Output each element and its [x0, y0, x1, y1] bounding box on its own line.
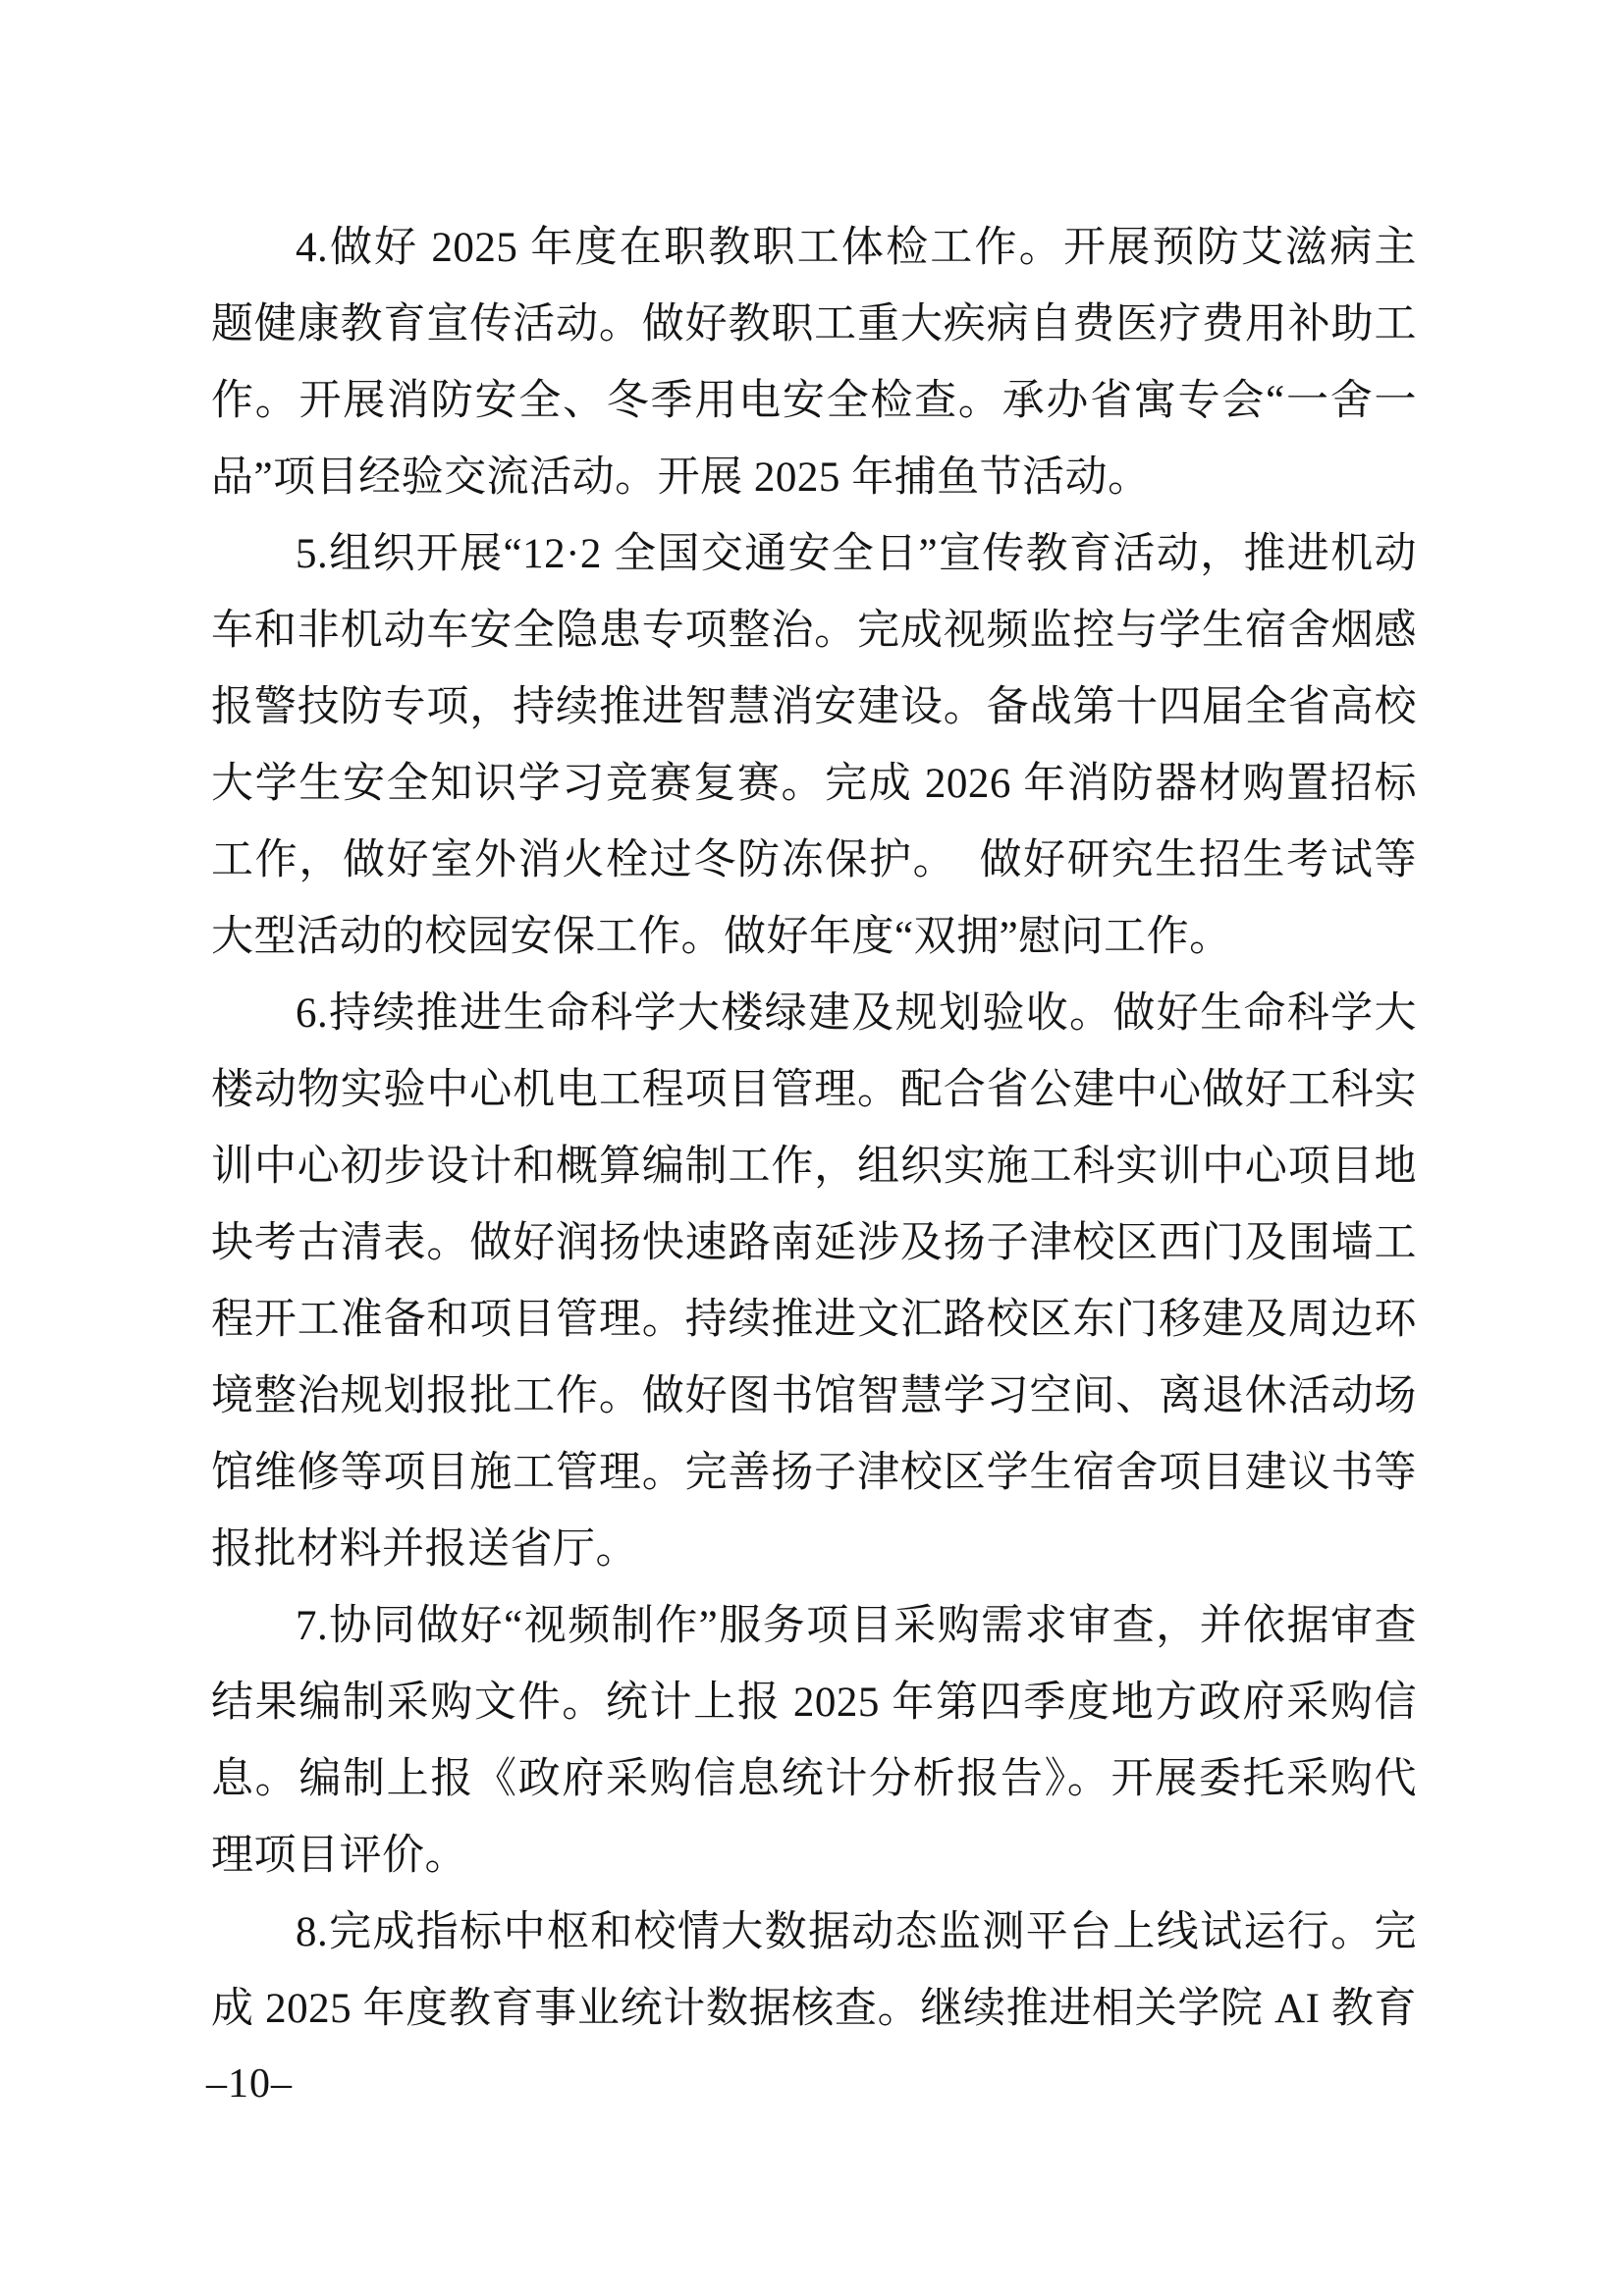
text-line: 大型活动的校园安保工作。做好年度“双拥”慰问工作。	[211, 899, 1417, 976]
text-line: 8.完成指标中枢和校情大数据动态监测平台上线试运行。完	[211, 1895, 1417, 1971]
text-line: 大学生安全知识学习竞赛复赛。完成 2026 年消防器材购置招标	[211, 746, 1417, 823]
text-line: 程开工准备和项目管理。持续推进文汇路校区东门移建及周边环	[211, 1282, 1417, 1359]
text-line: 工作，做好室外消火栓过冬防冻保护。 做好研究生招生考试等	[211, 823, 1417, 899]
paragraph: 6.持续推进生命科学大楼绿建及规划验收。做好生命科学大楼动物实验中心机电工程项目…	[211, 976, 1417, 1588]
paragraph: 7.协同做好“视频制作”服务项目采购需求审查，并依据审查结果编制采购文件。统计上…	[211, 1588, 1417, 1895]
text-line: 结果编制采购文件。统计上报 2025 年第四季度地方政府采购信	[211, 1665, 1417, 1741]
text-line: 5.组织开展“12·2 全国交通安全日”宣传教育活动，推进机动	[211, 516, 1417, 593]
text-line: 成 2025 年度教育事业统计数据核查。继续推进相关学院 AI 教育	[211, 1971, 1417, 2048]
document-page: 4.做好 2025 年度在职教职工体检工作。开展预防艾滋病主题健康教育宣传活动。…	[0, 0, 1624, 2296]
text-line: 楼动物实验中心机电工程项目管理。配合省公建中心做好工科实	[211, 1052, 1417, 1129]
text-line: 作。开展消防安全、冬季用电安全检查。承办省寓专会“一舍一	[211, 363, 1417, 440]
text-line: 品”项目经验交流活动。开展 2025 年捕鱼节活动。	[211, 440, 1417, 516]
text-line: 4.做好 2025 年度在职教职工体检工作。开展预防艾滋病主	[211, 210, 1417, 287]
text-line: 馆维修等项目施工管理。完善扬子津校区学生宿舍项目建议书等	[211, 1435, 1417, 1512]
text-line: 息。编制上报《政府采购信息统计分析报告》。开展委托采购代	[211, 1741, 1417, 1818]
text-line: 题健康教育宣传活动。做好教职工重大疾病自费医疗费用补助工	[211, 287, 1417, 363]
text-line: 7.协同做好“视频制作”服务项目采购需求审查，并依据审查	[211, 1588, 1417, 1665]
paragraph: 5.组织开展“12·2 全国交通安全日”宣传教育活动，推进机动车和非机动车安全隐…	[211, 516, 1417, 976]
text-line: 车和非机动车安全隐患专项整治。完成视频监控与学生宿舍烟感	[211, 593, 1417, 669]
text-line: 训中心初步设计和概算编制工作，组织实施工科实训中心项目地	[211, 1129, 1417, 1205]
text-line: 块考古清表。做好润扬快速路南延涉及扬子津校区西门及围墙工	[211, 1205, 1417, 1282]
paragraph: 4.做好 2025 年度在职教职工体检工作。开展预防艾滋病主题健康教育宣传活动。…	[211, 210, 1417, 516]
page-number: –10–	[206, 2062, 293, 2106]
document-body: 4.做好 2025 年度在职教职工体检工作。开展预防艾滋病主题健康教育宣传活动。…	[211, 210, 1417, 2048]
text-line: 理项目评价。	[211, 1818, 1417, 1895]
text-line: 报批材料并报送省厅。	[211, 1512, 1417, 1588]
text-line: 境整治规划报批工作。做好图书馆智慧学习空间、离退休活动场	[211, 1359, 1417, 1435]
text-line: 报警技防专项，持续推进智慧消安建设。备战第十四届全省高校	[211, 669, 1417, 746]
paragraph: 8.完成指标中枢和校情大数据动态监测平台上线试运行。完成 2025 年度教育事业…	[211, 1895, 1417, 2048]
text-line: 6.持续推进生命科学大楼绿建及规划验收。做好生命科学大	[211, 976, 1417, 1052]
